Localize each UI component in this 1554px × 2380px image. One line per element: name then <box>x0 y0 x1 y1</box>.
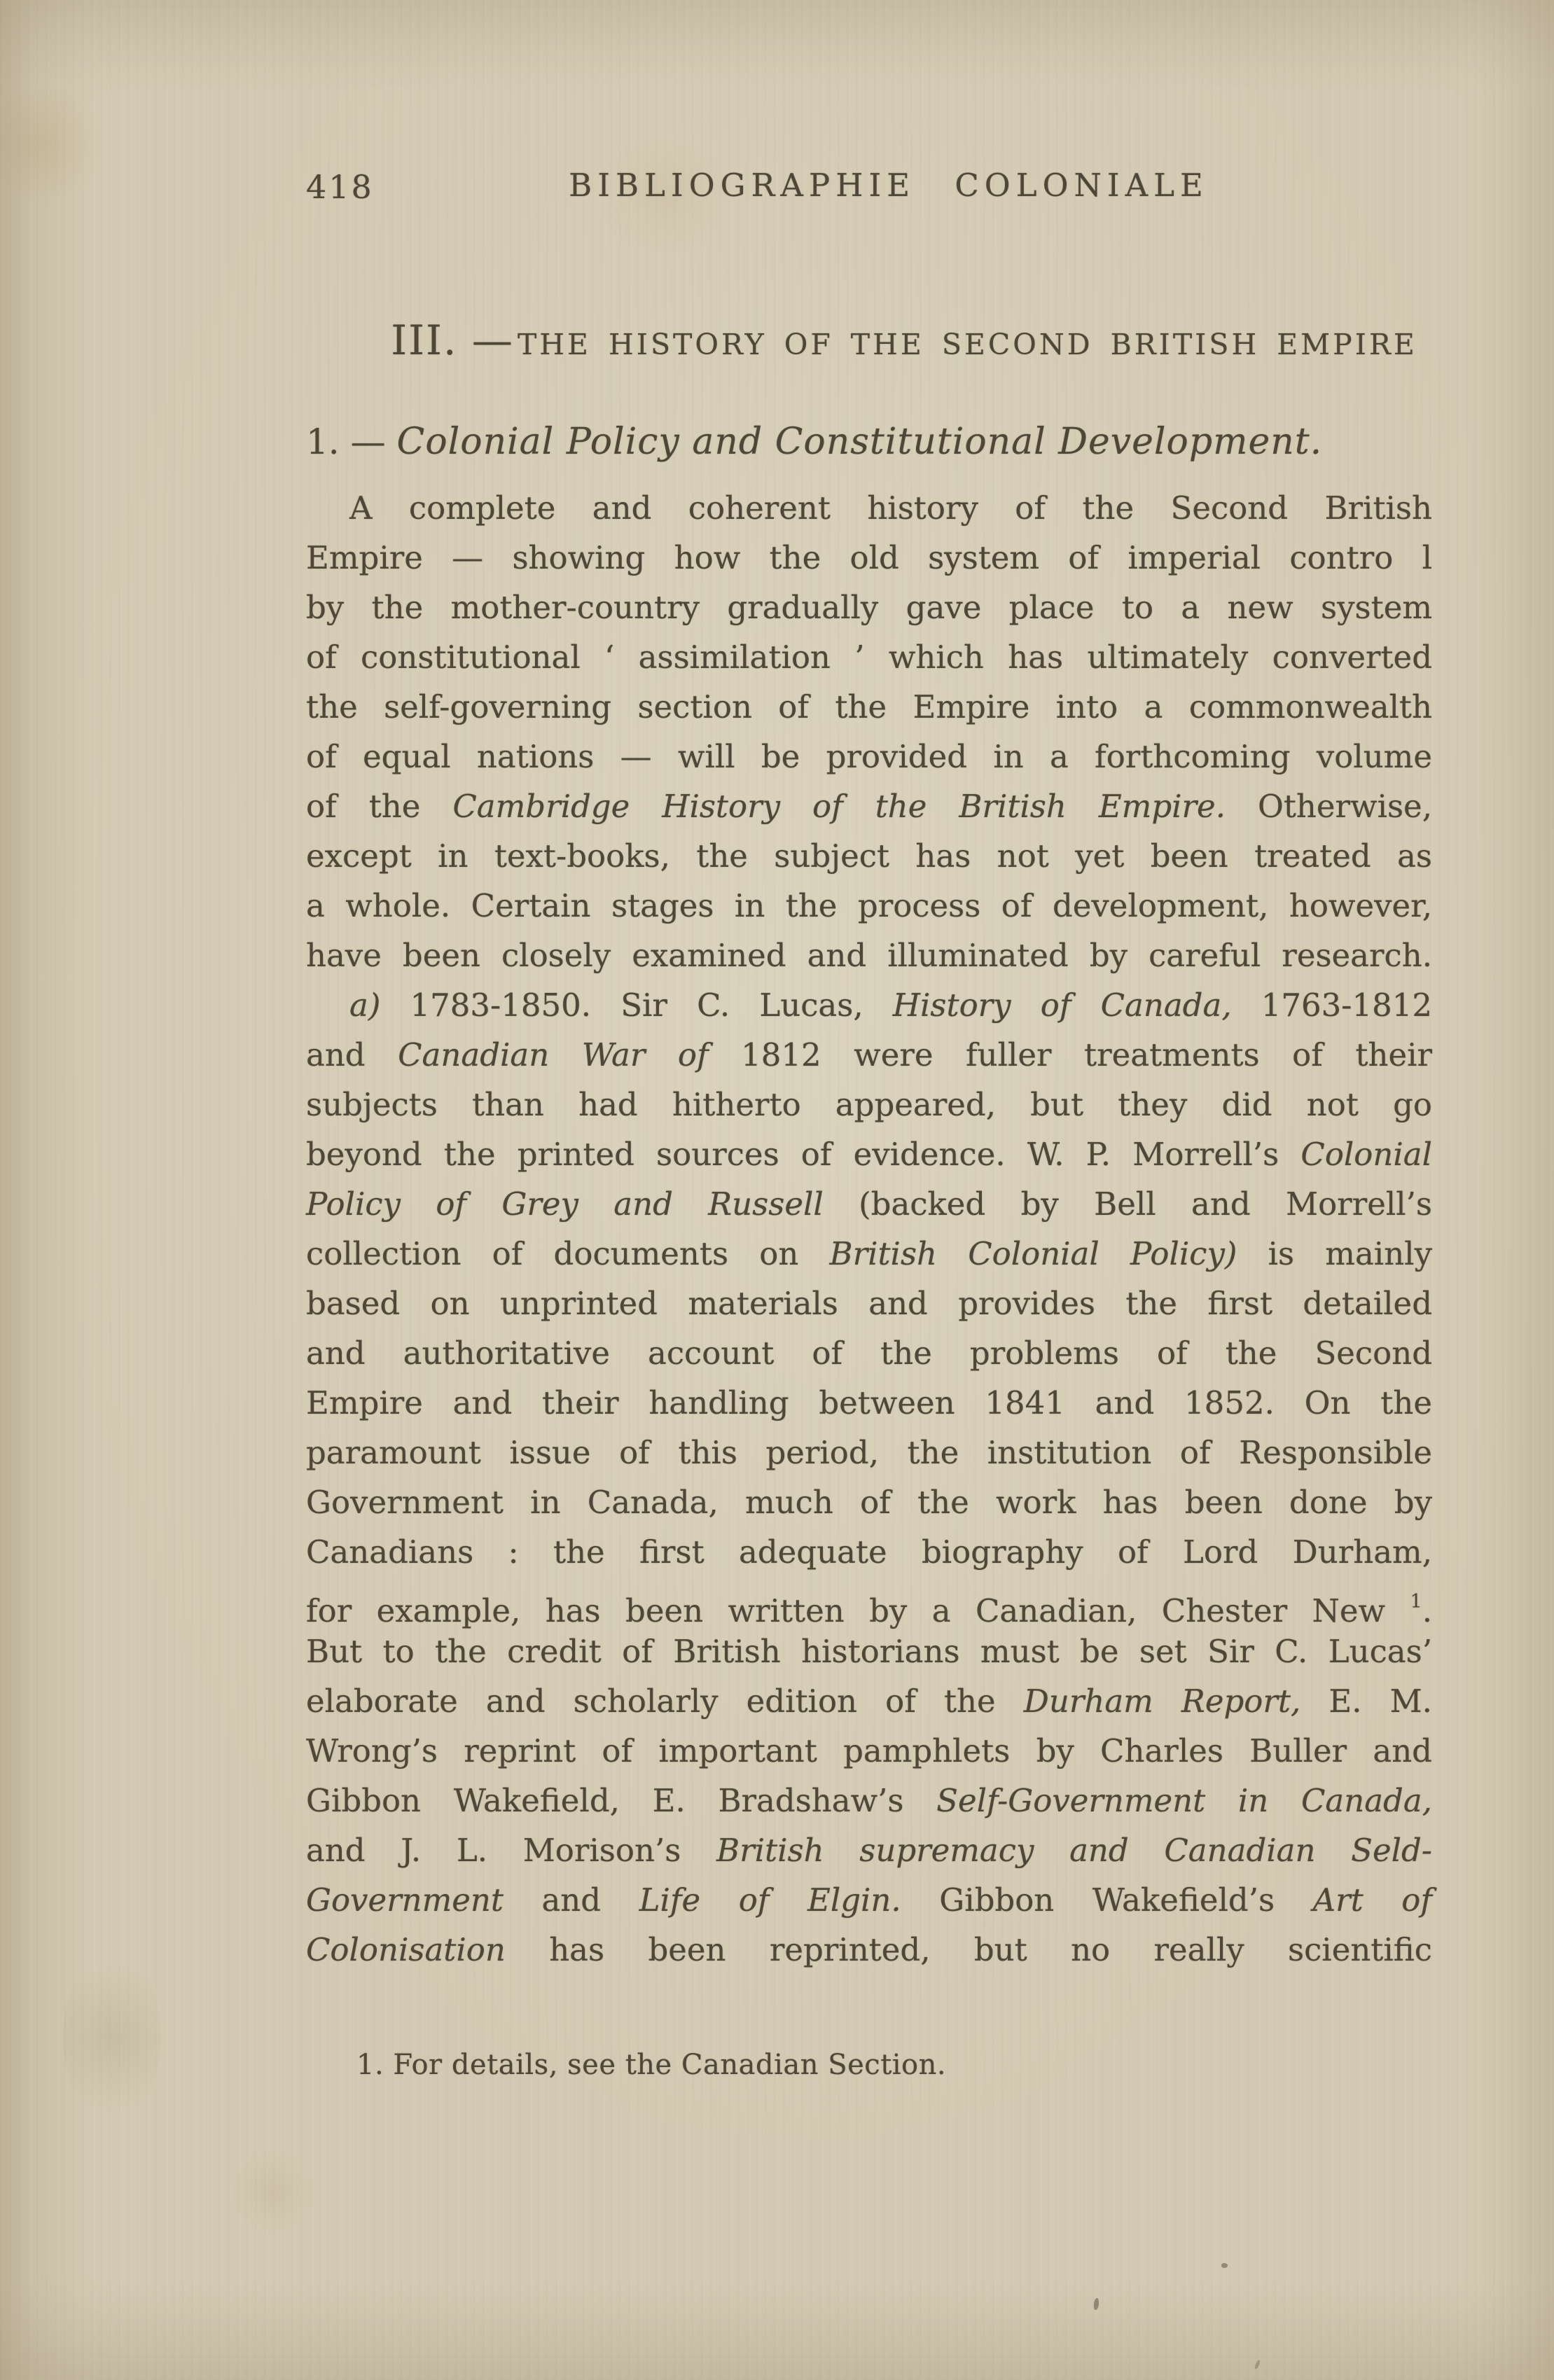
body-segment: 1812 were fuller treatments of their <box>709 1036 1432 1073</box>
body-line: Colonisation has been reprinted, but no … <box>306 1925 1432 1975</box>
section-title: THE HISTORY OF THE SECOND BRITISH EMPIRE <box>518 328 1417 361</box>
body-segment: subjects than had hitherto appeared, but… <box>306 1086 1432 1123</box>
body-segment: 1783-1850. Sir C. Lucas, <box>380 987 892 1024</box>
body-segment: A complete and coherent history of the S… <box>349 489 1432 527</box>
body-segment: But to the credit of British historians … <box>306 1633 1432 1670</box>
body-line: A complete and coherent history of the S… <box>306 483 1432 533</box>
body-segment: of equal nations — will be provided in a… <box>306 738 1432 775</box>
body-line: Wrong’s reprint of important pamphlets b… <box>306 1726 1432 1776</box>
body-line: based on unprinted materials and provide… <box>306 1279 1432 1328</box>
paper-speck <box>1254 2360 1261 2370</box>
body-segment-italic: a) <box>349 987 380 1024</box>
body-segment: Government in Canada, much of the work h… <box>306 1484 1432 1521</box>
body-line: elaborate and scholarly edition of the D… <box>306 1676 1432 1726</box>
body-segment: of constitutional ‘ assimilation ’ which… <box>306 639 1432 676</box>
footnote: 1. For details, see the Canadian Section… <box>306 2049 1432 2081</box>
body-line: beyond the printed sources of evidence. … <box>306 1129 1432 1179</box>
section-heading: III. — THE HISTORY OF THE SECOND BRITISH… <box>341 316 1467 364</box>
body-line: Canadians : the first adequate biography… <box>306 1527 1432 1577</box>
body-line: of equal nations — will be provided in a… <box>306 732 1432 781</box>
body-segment: has been reprinted, but no really scient… <box>506 1931 1432 1968</box>
running-header-title: BIBLIOGRAPHIE COLONIALE <box>326 167 1452 204</box>
body-segment-italic: Durham Report, <box>1024 1683 1300 1720</box>
body-line: for example, has been written by a Canad… <box>306 1577 1432 1627</box>
paper-stain <box>231 2150 315 2234</box>
section-numeral: III. — <box>391 316 514 364</box>
body-segment: E. M. <box>1300 1683 1432 1720</box>
body-segment: have been closely examined and illuminat… <box>306 937 1432 974</box>
body-segment: Empire and their handling between 1841 a… <box>306 1384 1432 1421</box>
body-line: subjects than had hitherto appeared, but… <box>306 1080 1432 1129</box>
body-segment: paramount issue of this period, the inst… <box>306 1434 1432 1471</box>
body-segment: Gibbon Wakefield, E. Bradshaw’s <box>306 1782 936 1819</box>
body-segment-italic: British Colonial Policy) <box>830 1235 1237 1272</box>
body-segment-italic: Canadian War of <box>398 1036 709 1073</box>
paper-stain <box>0 84 105 203</box>
body-line: of the Cambridge History of the British … <box>306 781 1432 831</box>
body-segment: by the mother-country gradually gave pla… <box>306 589 1432 626</box>
body-line: the self-governing section of the Empire… <box>306 682 1432 732</box>
body-line: except in text-books, the subject has no… <box>306 831 1432 881</box>
paper-stain <box>63 1947 161 2129</box>
body-segment-italic: Government <box>306 1881 504 1919</box>
paper-speck <box>1093 2298 1099 2311</box>
body-line: Empire — showing how the old system of i… <box>306 533 1432 583</box>
subsection-heading: 1. — Colonial Policy and Constitutional … <box>306 421 1432 463</box>
body-segment-italic: Colonisation <box>306 1931 506 1968</box>
body-line: a) 1783-1850. Sir C. Lucas, History of C… <box>306 980 1432 1030</box>
body-segment: Empire — showing how the old system of i… <box>306 539 1432 576</box>
body-segment: Wrong’s reprint of important pamphlets b… <box>306 1732 1432 1769</box>
body-segment: except in text-books, the subject has no… <box>306 837 1432 875</box>
body-segment: beyond the printed sources of evidence. … <box>306 1136 1300 1173</box>
body-line: a whole. Certain stages in the process o… <box>306 881 1432 931</box>
body-segment: the self-governing section of the Empire… <box>306 688 1432 725</box>
body-segment-italic: Self-Government in Canada, <box>936 1782 1432 1819</box>
body-line: have been closely examined and illuminat… <box>306 931 1432 980</box>
running-header: 418 BIBLIOGRAPHIE COLONIALE <box>306 167 1432 209</box>
body-segment: (backed by Bell and Morrell’s <box>824 1185 1432 1223</box>
body-segment: Canadians : the first adequate biography… <box>306 1533 1432 1571</box>
body-line: paramount issue of this period, the inst… <box>306 1428 1432 1477</box>
body-line: Government in Canada, much of the work h… <box>306 1477 1432 1527</box>
body-line: and Canadian War of 1812 were fuller tre… <box>306 1030 1432 1080</box>
body-segment: 1763-1812 <box>1232 987 1432 1024</box>
body-segment: for example, has been written by a Canad… <box>306 1592 1410 1629</box>
body-segment: and <box>504 1881 639 1919</box>
body-segment: of the <box>306 788 452 825</box>
body-line: of constitutional ‘ assimilation ’ which… <box>306 632 1432 682</box>
body-segment: elaborate and scholarly edition of the <box>306 1683 1024 1720</box>
body-segment: and authoritative account of the problem… <box>306 1335 1432 1372</box>
body-segment: and J. L. Morison’s <box>306 1832 716 1869</box>
body-segment: Gibbon Wakefield’s <box>901 1881 1313 1919</box>
body-segment: Otherwise, <box>1226 788 1432 825</box>
body-segment-italic: Cambridge History of the British Empire. <box>452 788 1226 825</box>
body-segment-italic: Life of Elgin. <box>639 1881 901 1919</box>
subsection-title: Colonial Policy and Constitutional Devel… <box>397 421 1323 463</box>
body-segment-italic: British supremacy and Canadian Seld- <box>716 1832 1432 1869</box>
body-line: collection of documents on British Colon… <box>306 1229 1432 1279</box>
body-line: by the mother-country gradually gave pla… <box>306 583 1432 632</box>
body-segment-italic: Policy of Grey and Russell <box>306 1185 824 1223</box>
subsection-number: 1. — <box>306 422 397 462</box>
body-segment: and <box>306 1036 398 1073</box>
body-line: and J. L. Morison’s British supremacy an… <box>306 1825 1432 1875</box>
scanned-book-page: 418 BIBLIOGRAPHIE COLONIALE III. — THE H… <box>0 0 1554 2380</box>
body-line: Gibbon Wakefield, E. Bradshaw’s Self-Gov… <box>306 1776 1432 1825</box>
body-line: and authoritative account of the problem… <box>306 1328 1432 1378</box>
body-segment: collection of documents on <box>306 1235 830 1272</box>
body-text: A complete and coherent history of the S… <box>306 483 1432 1975</box>
footnote-reference: 1 <box>1410 1591 1422 1613</box>
body-segment: based on unprinted materials and provide… <box>306 1285 1432 1322</box>
body-segment: is mainly <box>1237 1235 1432 1272</box>
paper-speck <box>1221 2263 1228 2268</box>
body-segment-italic: Colonial <box>1300 1136 1432 1173</box>
body-segment-italic: Art of <box>1313 1881 1432 1919</box>
body-line: But to the credit of British historians … <box>306 1627 1432 1676</box>
body-segment-italic: History of Canada, <box>893 987 1232 1024</box>
footnote-marker: 1. <box>356 2049 384 2081</box>
body-segment: a whole. Certain stages in the process o… <box>306 887 1432 924</box>
body-line: Government and Life of Elgin. Gibbon Wak… <box>306 1875 1432 1925</box>
body-line: Policy of Grey and Russell (backed by Be… <box>306 1179 1432 1229</box>
footnote-text: For details, see the Canadian Section. <box>393 2049 946 2081</box>
body-line: Empire and their handling between 1841 a… <box>306 1378 1432 1428</box>
body-segment: . <box>1422 1592 1432 1629</box>
